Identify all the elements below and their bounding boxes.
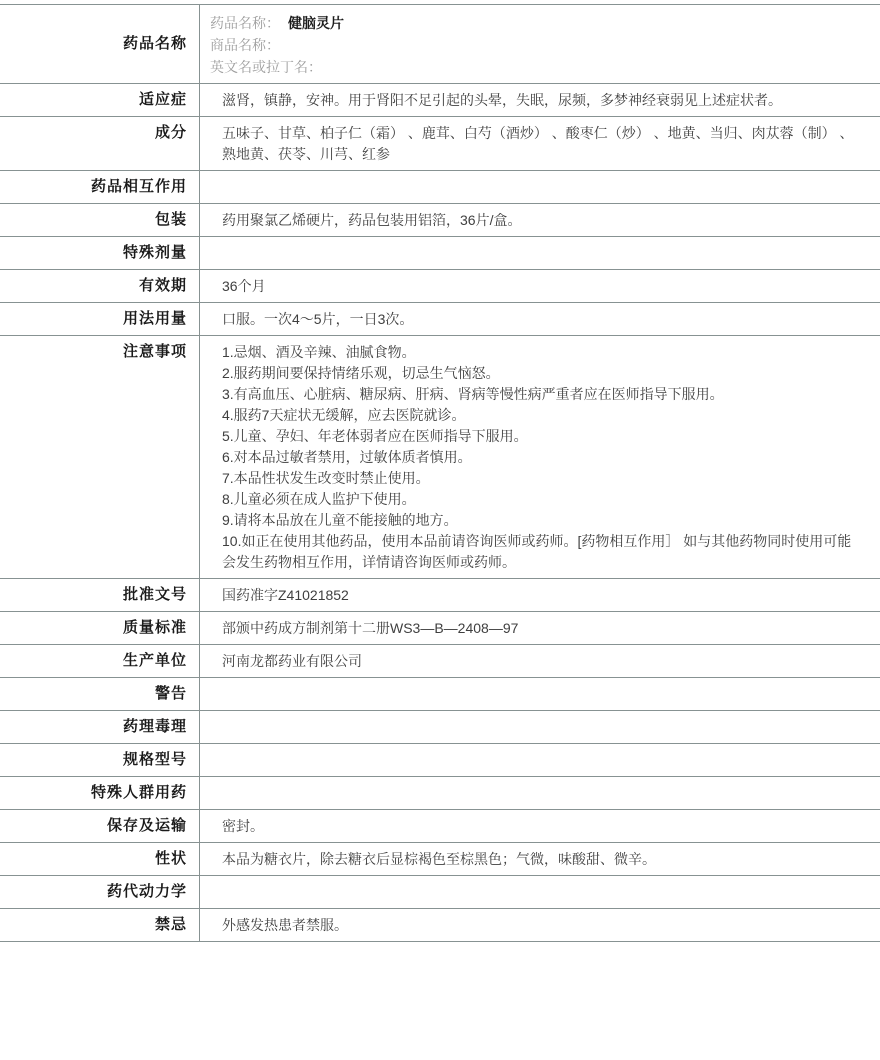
row-content: 药用聚氯乙烯硬片，药品包装用铝箔，36片/盒。 <box>200 204 880 236</box>
row-label: 批准文号 <box>0 579 200 611</box>
row-label-drug-name: 药品名称 <box>0 5 200 83</box>
table-row: 包装 药用聚氯乙烯硬片，药品包装用铝箔，36片/盒。 <box>0 204 880 237</box>
precaution-item: 2.服药期间要保持情绪乐观，切忌生气恼怒。 <box>222 363 864 384</box>
drug-name-fields: 药品名称：健脑灵片 商品名称： 英文名或拉丁名： <box>200 5 880 83</box>
row-content: 密封。 <box>200 810 880 842</box>
row-label: 有效期 <box>0 270 200 302</box>
row-content: 本品为糖衣片，除去糖衣后显棕褐色至棕黑色；气微，味酸甜、微辛。 <box>200 843 880 875</box>
row-content <box>200 678 880 710</box>
row-content: 国药准字Z41021852 <box>200 579 880 611</box>
row-label: 生产单位 <box>0 645 200 677</box>
row-label: 质量标准 <box>0 612 200 644</box>
drug-name-caption: 药品名称： <box>210 15 280 31</box>
table-row: 质量标准 部颁中药成方制剂第十二册WS3—B—2408—97 <box>0 612 880 645</box>
precaution-item: 8.儿童必须在成人监护下使用。 <box>222 489 864 510</box>
table-row: 用法用量 口服。一次4～5片，一日3次。 <box>0 303 880 336</box>
row-content <box>200 777 880 809</box>
precaution-item: 7.本品性状发生改变时禁止使用。 <box>222 468 864 489</box>
row-content: 口服。一次4～5片，一日3次。 <box>200 303 880 335</box>
row-label: 特殊剂量 <box>0 237 200 269</box>
row-label: 性状 <box>0 843 200 875</box>
precaution-item: 3.有高血压、心脏病、糖尿病、肝病、肾病等慢性病严重者应在医师指导下服用。 <box>222 384 864 405</box>
row-content <box>200 744 880 776</box>
row-label: 保存及运输 <box>0 810 200 842</box>
precaution-item: 1.忌烟、酒及辛辣、油腻食物。 <box>222 342 864 363</box>
row-content <box>200 711 880 743</box>
table-row: 保存及运输 密封。 <box>0 810 880 843</box>
precaution-item: 4.服药7天症状无缓解，应去医院就诊。 <box>222 405 864 426</box>
row-label: 警告 <box>0 678 200 710</box>
row-content <box>200 237 880 269</box>
row-label: 注意事项 <box>0 336 200 578</box>
table-row-drug-name: 药品名称 药品名称：健脑灵片 商品名称： 英文名或拉丁名： <box>0 5 880 84</box>
row-label: 规格型号 <box>0 744 200 776</box>
table-row: 药代动力学 <box>0 876 880 909</box>
trade-name-caption: 商品名称： <box>210 34 864 56</box>
row-label: 用法用量 <box>0 303 200 335</box>
row-label: 药理毒理 <box>0 711 200 743</box>
table-row: 特殊人群用药 <box>0 777 880 810</box>
field-drug-name: 药品名称：健脑灵片 <box>210 12 864 34</box>
drug-info-table: 药品名称 药品名称：健脑灵片 商品名称： 英文名或拉丁名： 适应症 滋肾，镇静，… <box>0 4 880 942</box>
table-row: 注意事项 1.忌烟、酒及辛辣、油腻食物。2.服药期间要保持情绪乐观，切忌生气恼怒… <box>0 336 880 579</box>
row-label: 特殊人群用药 <box>0 777 200 809</box>
precaution-item: 10.如正在使用其他药品，使用本品前请咨询医师或药师。[药物相互作用］ 如与其他… <box>222 531 864 573</box>
table-row: 药理毒理 <box>0 711 880 744</box>
row-content: 1.忌烟、酒及辛辣、油腻食物。2.服药期间要保持情绪乐观，切忌生气恼怒。3.有高… <box>200 336 880 578</box>
row-content: 部颁中药成方制剂第十二册WS3—B—2408—97 <box>200 612 880 644</box>
precaution-item: 6.对本品过敏者禁用，过敏体质者慎用。 <box>222 447 864 468</box>
row-label: 适应症 <box>0 84 200 116</box>
row-content: 滋肾，镇静，安神。用于肾阳不足引起的头晕，失眠，尿频，多梦神经衰弱见上述症状者。 <box>200 84 880 116</box>
drug-name-value: 健脑灵片 <box>288 15 344 31</box>
row-content: 河南龙都药业有限公司 <box>200 645 880 677</box>
row-label: 禁忌 <box>0 909 200 941</box>
row-label: 药品相互作用 <box>0 171 200 203</box>
table-row: 规格型号 <box>0 744 880 777</box>
table-row: 适应症 滋肾，镇静，安神。用于肾阳不足引起的头晕，失眠，尿频，多梦神经衰弱见上述… <box>0 84 880 117</box>
row-content: 36个月 <box>200 270 880 302</box>
english-name-caption: 英文名或拉丁名： <box>210 56 864 78</box>
table-row: 生产单位 河南龙都药业有限公司 <box>0 645 880 678</box>
table-row: 警告 <box>0 678 880 711</box>
table-row: 成分 五味子、甘草、柏子仁（霜） 、鹿茸、白芍（酒炒） 、酸枣仁（炒） 、地黄、… <box>0 117 880 171</box>
row-label: 药代动力学 <box>0 876 200 908</box>
row-content <box>200 171 880 203</box>
row-content: 外感发热患者禁服。 <box>200 909 880 941</box>
precaution-item: 9.请将本品放在儿童不能接触的地方。 <box>222 510 864 531</box>
row-content: 五味子、甘草、柏子仁（霜） 、鹿茸、白芍（酒炒） 、酸枣仁（炒） 、地黄、当归、… <box>200 117 880 170</box>
table-row: 药品相互作用 <box>0 171 880 204</box>
precaution-item: 5.儿童、孕妇、年老体弱者应在医师指导下服用。 <box>222 426 864 447</box>
row-label: 成分 <box>0 117 200 170</box>
row-label: 包装 <box>0 204 200 236</box>
table-row: 有效期 36个月 <box>0 270 880 303</box>
table-rows: 适应症 滋肾，镇静，安神。用于肾阳不足引起的头晕，失眠，尿频，多梦神经衰弱见上述… <box>0 84 880 942</box>
table-row: 性状 本品为糖衣片，除去糖衣后显棕褐色至棕黑色；气微，味酸甜、微辛。 <box>0 843 880 876</box>
table-row: 批准文号 国药准字Z41021852 <box>0 579 880 612</box>
table-row: 禁忌 外感发热患者禁服。 <box>0 909 880 942</box>
table-row: 特殊剂量 <box>0 237 880 270</box>
row-content <box>200 876 880 908</box>
